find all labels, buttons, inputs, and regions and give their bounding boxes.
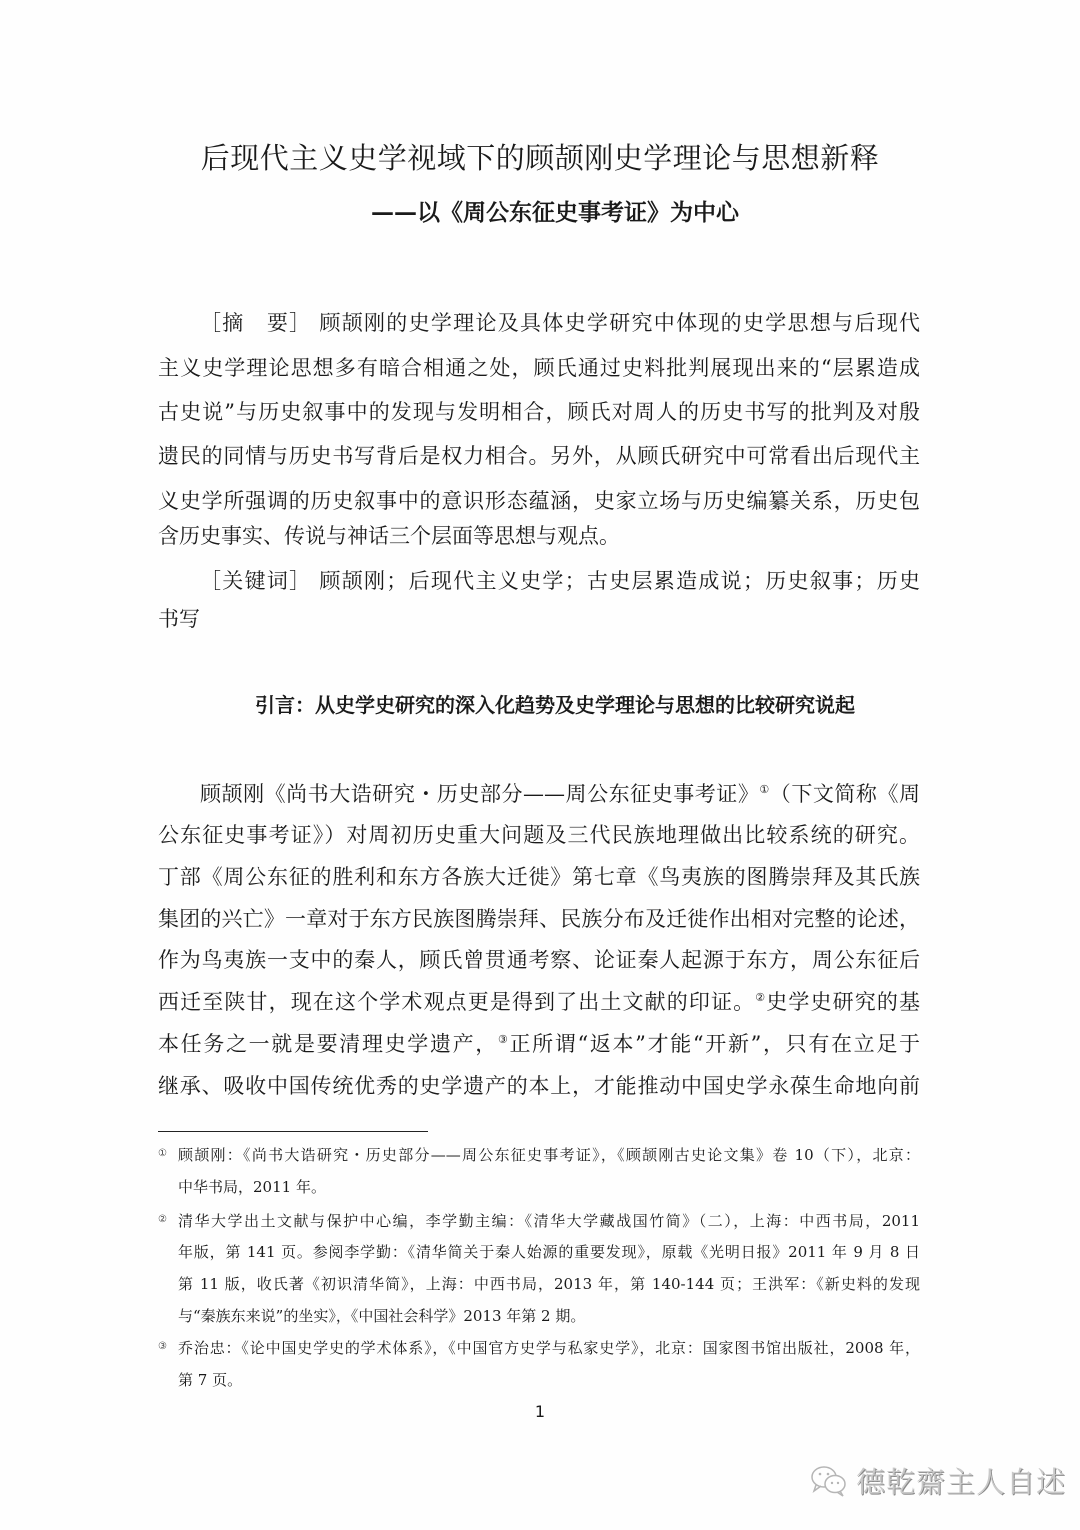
body-line: 公东征史事考证》）对周初历史重大问题及三代民族地理做出比较系统的研究。: [158, 820, 920, 850]
body-text: （下文简称《周: [770, 782, 920, 806]
abstract-line: 古史说”与历史叙事中的发现与发明相合，顾氏对周人的历史书写的批判及对殷: [158, 397, 920, 427]
body-line: 继承、吸收中国传统优秀的史学遗产的本上，才能推动中国史学永葆生命地向前: [158, 1071, 920, 1101]
footnote-line: 乔治忠：《论中国史学史的学术体系》，《中国官方史学与私家史学》，北京：国家图书馆…: [178, 1337, 920, 1359]
page-number: 1: [0, 1402, 1080, 1421]
document-title: 后现代主义史学视域下的顾颉刚史学理论与思想新释: [0, 138, 1080, 178]
abstract-line: 义史学所强调的历史叙事中的意识形态蕴涵，史家立场与历史编纂关系，历史包: [158, 486, 920, 516]
body-line: 丁部《周公东征的胜利和东方各族大迁徙》第七章《鸟夷族的图腾崇拜及其氏族: [158, 862, 920, 892]
footnote-line: 顾颉刚：《尚书大诰研究・历史部分——周公东征史事考证》，《顾颉刚古史论文集》卷 …: [178, 1144, 920, 1166]
abstract-line: ［摘 要］ 顾颉刚的史学理论及具体史学研究中体现的史学思想与后现代: [200, 308, 920, 338]
footnote-line: 第 7 页。: [178, 1369, 920, 1391]
footnote-line: 年版，第 141 页。参阅李学勤：《清华简关于秦人始源的重要发现》，原载《光明日…: [178, 1241, 920, 1263]
footnote-line: 清华大学出土文献与保护中心编，李学勤主编：《清华大学藏战国竹简》（二），上海：中…: [178, 1210, 920, 1232]
footnote-mark: ①: [158, 1147, 167, 1161]
body-text: 史学史研究的基: [766, 990, 920, 1014]
abstract-line: 遗民的同情与历史书写背后是权力相合。另外，从顾氏研究中可常看出后现代主: [158, 441, 920, 471]
abstract-line: 含历史事实、传说与神话三个层面等思想与观点。: [158, 521, 920, 551]
footnote-line: 中华书局，2011 年。: [178, 1176, 920, 1198]
footnote-line: 第 11 版，收氏著《初识清华简》，上海：中西书局，2013 年，第 140-1…: [178, 1273, 920, 1295]
keywords-line: ［关键词］ 顾颉刚；后现代主义史学；古史层累造成说；历史叙事；历史: [200, 566, 920, 596]
body-line: 集团的兴亡》一章对于东方民族图腾崇拜、民族分布及迁徙作出相对完整的论述，: [158, 904, 920, 934]
footnote-line: 与“秦族东来说”的坐实》，《中国社会科学》2013 年第 2 期。: [178, 1305, 920, 1327]
body-line: 作为鸟夷族一支中的秦人，顾氏曾贯通考察、论证秦人起源于东方，周公东征后: [158, 945, 920, 975]
body-text: 顾颉刚《尚书大诰研究・历史部分——周公东征史事考证》: [200, 782, 759, 806]
body-text: 正所谓“返本”才能“开新”，只有在立足于: [509, 1032, 920, 1056]
section-heading: 引言：从史学史研究的深入化趋势及史学理论与思想的比较研究说起: [0, 690, 1080, 720]
footnote-ref-2[interactable]: ②: [755, 991, 766, 1004]
abstract-line: 主义史学理论思想多有暗合相通之处，顾氏通过史料批判展现出来的“层累造成: [158, 353, 920, 383]
footnote-mark: ③: [158, 1340, 167, 1354]
body-line: 西迁至陕甘，现在这个学术观点更是得到了出土文献的印证。②史学史研究的基: [158, 987, 920, 1017]
footnote-ref-3[interactable]: ③: [498, 1033, 510, 1046]
wechat-watermark: 德乾齋主人自述: [810, 1460, 1066, 1501]
keywords-line: 书写: [158, 604, 920, 634]
body-line: 本任务之一就是要清理史学遗产，③正所谓“返本”才能“开新”，只有在立足于: [158, 1029, 920, 1059]
footnote-mark: ②: [158, 1213, 167, 1227]
footnote-divider: [158, 1131, 428, 1132]
wechat-icon: [810, 1464, 848, 1498]
body-text: 西迁至陕甘，现在这个学术观点更是得到了出土文献的印证。: [158, 990, 755, 1014]
footnote-ref-1[interactable]: ①: [759, 783, 769, 796]
body-line: 顾颉刚《尚书大诰研究・历史部分——周公东征史事考证》①（下文简称《周: [200, 779, 920, 809]
body-text: 本任务之一就是要清理史学遗产，: [158, 1032, 498, 1056]
document-subtitle: ——以《周公东征史事考证》为中心: [0, 195, 1080, 231]
watermark-text: 德乾齋主人自述: [856, 1460, 1066, 1501]
document-page: 后现代主义史学视域下的顾颉刚史学理论与思想新释 ——以《周公东征史事考证》为中心…: [0, 0, 1080, 1530]
